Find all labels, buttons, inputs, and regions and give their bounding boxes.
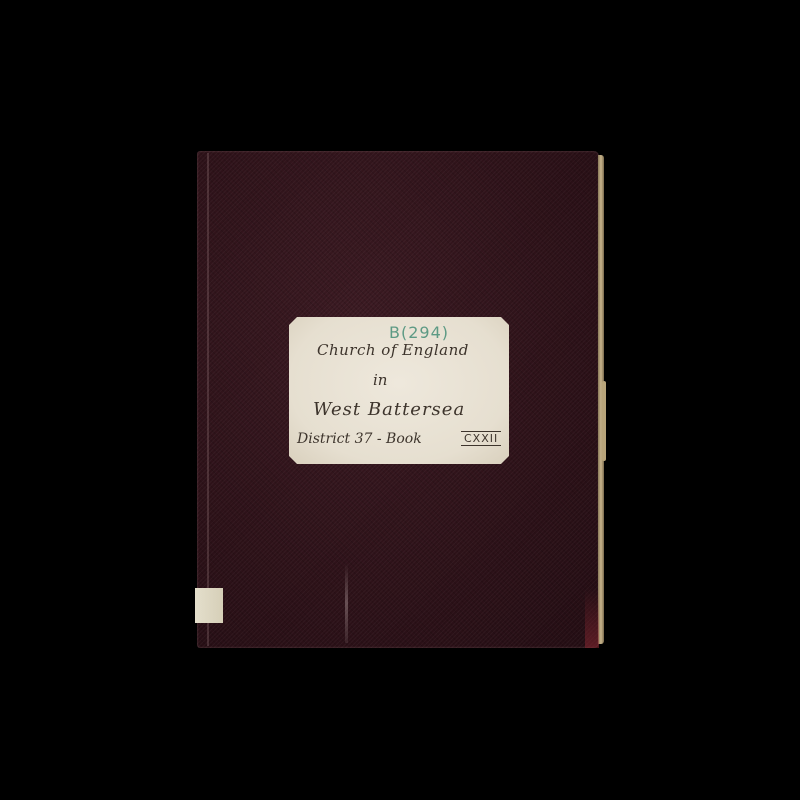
label-location: West Battersea	[313, 399, 465, 420]
notebook-cover: B(294) Church of England in West Batters…	[197, 151, 599, 648]
catalog-mark: B(294)	[389, 323, 449, 342]
background: B(294) Church of England in West Batters…	[0, 0, 800, 800]
book-number: CXXII	[461, 431, 501, 446]
shelf-tag	[195, 588, 223, 623]
corner-wear	[585, 588, 599, 648]
cover-label: B(294) Church of England in West Batters…	[289, 317, 509, 464]
label-district: District 37 - Book	[297, 431, 422, 447]
cover-scratch	[345, 563, 348, 643]
spine-crease	[207, 153, 209, 646]
label-preposition: in	[373, 371, 387, 389]
page-clasp	[602, 381, 606, 461]
label-title: Church of England	[317, 341, 469, 359]
